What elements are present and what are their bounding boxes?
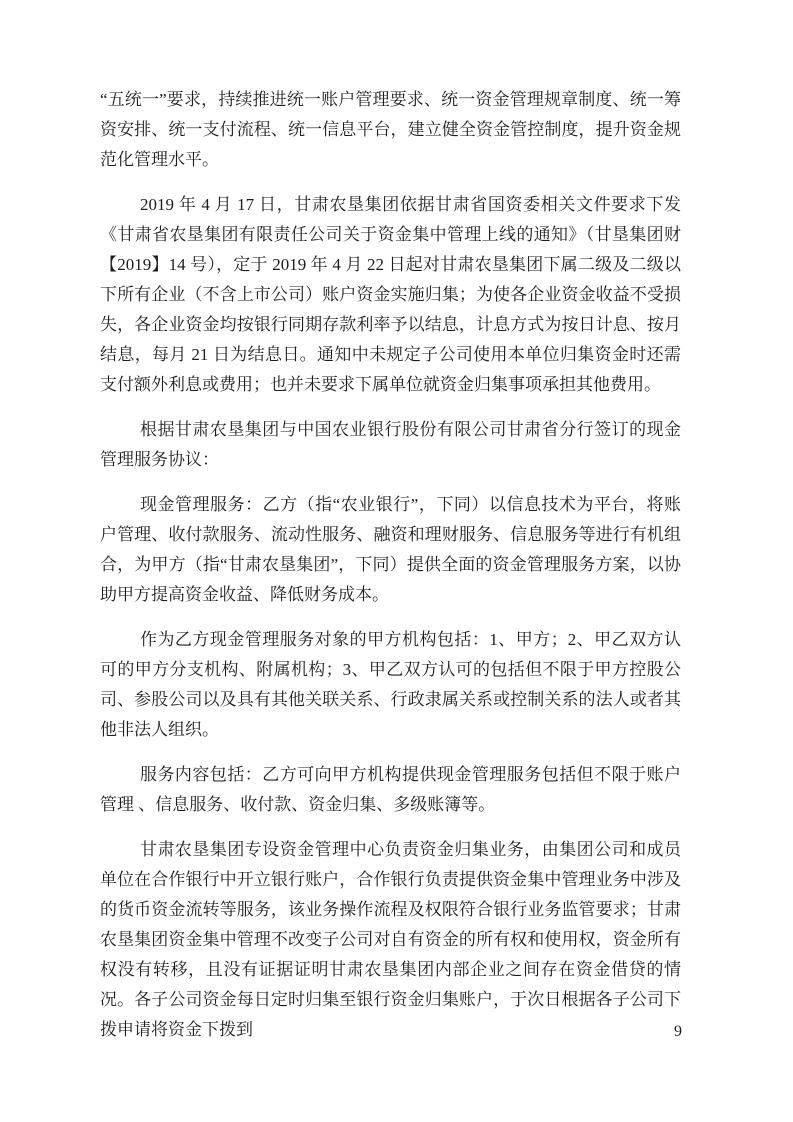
- paragraph-5: 作为乙方现金管理服务对象的甲方机构包括：1、甲方；2、甲乙双方认可的甲方分支机构…: [100, 625, 681, 745]
- document-page: “五统一”要求，持续推进统一账户管理要求、统一资金管理规章制度、统一筹资安排、统…: [0, 0, 793, 1122]
- paragraph-2: 2019 年 4 月 17 日，甘肃农垦集团依据甘肃省国资委相关文件要求下发《甘…: [100, 190, 681, 400]
- paragraph-4: 现金管理服务：乙方（指“农业银行”，下同）以信息技术为平台，将账户管理、收付款服…: [100, 490, 681, 610]
- paragraph-6: 服务内容包括：乙方可向甲方机构提供现金管理服务包括但不限于账户管理 、信息服务、…: [100, 760, 681, 820]
- page-number: 9: [674, 1022, 682, 1042]
- paragraph-7: 甘肃农垦集团专设资金管理中心负责资金归集业务，由集团公司和成员单位在合作银行中开…: [100, 835, 681, 1045]
- paragraph-3: 根据甘肃农垦集团与中国农业银行股份有限公司甘肃省分行签订的现金管理服务协议：: [100, 415, 681, 475]
- page-body-text: “五统一”要求，持续推进统一账户管理要求、统一资金管理规章制度、统一筹资安排、统…: [100, 85, 681, 1045]
- paragraph-1: “五统一”要求，持续推进统一账户管理要求、统一资金管理规章制度、统一筹资安排、统…: [100, 85, 681, 175]
